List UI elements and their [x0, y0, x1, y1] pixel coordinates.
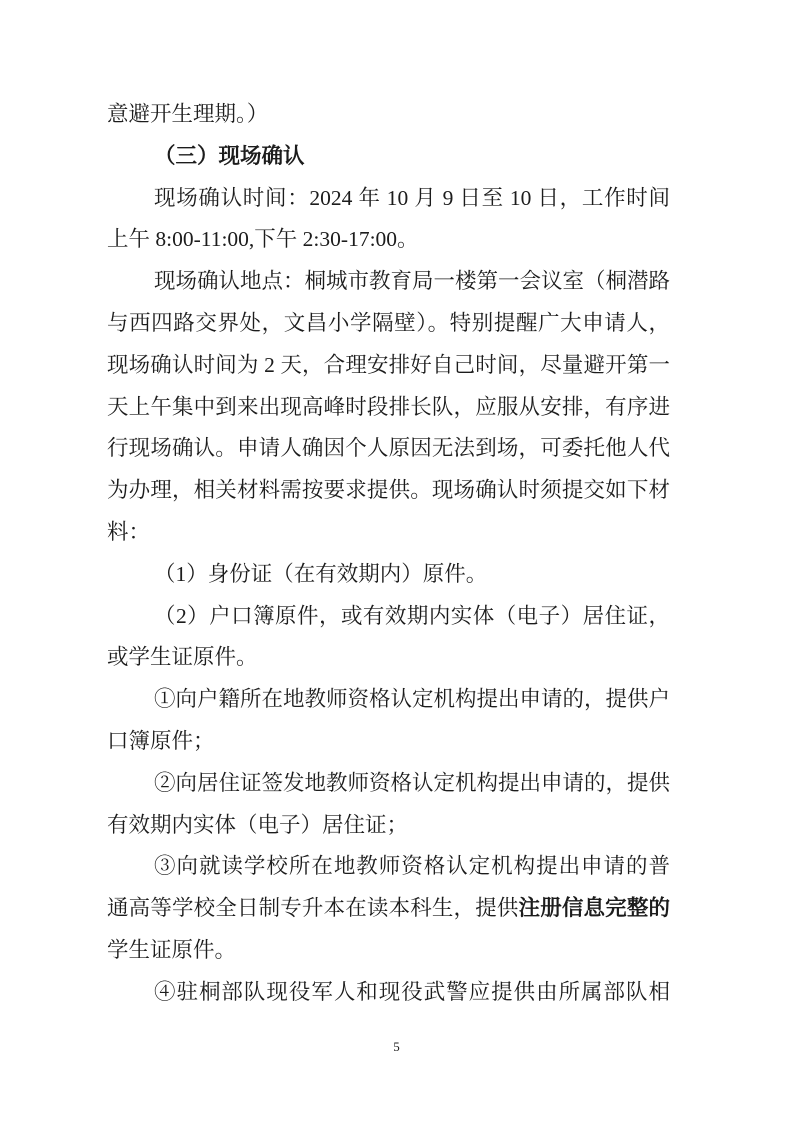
page-number: 5: [0, 1039, 793, 1055]
body-line: 上午 8:00-11:00,下午 2:30-17:00。: [107, 219, 670, 261]
sublist-item-3: ③向就读学校所在地教师资格认定机构提出申请的普: [107, 846, 670, 888]
body-line: 口簿原件；: [107, 721, 670, 763]
body-line: 通高等学校全日制专升本在读本科生，提供注册信息完整的: [107, 888, 670, 930]
body-line: 料：: [107, 512, 670, 554]
body-line: 现场确认时间为 2 天，合理安排好自己时间，尽量避开第一: [107, 345, 670, 387]
body-line: 或学生证原件。: [107, 637, 670, 679]
body-line: 现场确认时间：2024 年 10 月 9 日至 10 日，工作时间为: [107, 178, 670, 220]
text-block: 意避开生理期。） （三）现场确认 现场确认时间：2024 年 10 月 9 日至…: [107, 94, 670, 1014]
body-line: 有效期内实体（电子）居住证；: [107, 805, 670, 847]
list-item-2: （2）户口簿原件，或有效期内实体（电子）居住证，: [107, 596, 670, 638]
body-line: 行现场确认。申请人确因个人原因无法到场，可委托他人代: [107, 428, 670, 470]
document-page: 意避开生理期。） （三）现场确认 现场确认时间：2024 年 10 月 9 日至…: [0, 0, 793, 1122]
body-line: 为办理，相关材料需按要求提供。现场确认时须提交如下材: [107, 470, 670, 512]
body-line: 与西四路交界处，文昌小学隔壁）。特别提醒广大申请人，: [107, 303, 670, 345]
list-item-1: （1）身份证（在有效期内）原件。: [107, 554, 670, 596]
section-heading: （三）现场确认: [107, 136, 670, 178]
body-line: 天上午集中到来出现高峰时段排长队，应服从安排，有序进: [107, 387, 670, 429]
body-line: 学生证原件。: [107, 930, 670, 972]
body-text-normal: 通高等学校全日制专升本在读本科生，提供: [107, 896, 519, 920]
body-line: 现场确认地点：桐城市教育局一楼第一会议室（桐潜路: [107, 261, 670, 303]
body-line: 意避开生理期。）: [107, 94, 670, 136]
body-text-bold: 注册信息完整的: [519, 896, 670, 920]
sublist-item-2: ②向居住证签发地教师资格认定机构提出申请的，提供: [107, 763, 670, 805]
sublist-item-1: ①向户籍所在地教师资格认定机构提出申请的，提供户: [107, 679, 670, 721]
sublist-item-4: ④驻桐部队现役军人和现役武警应提供由所属部队相: [107, 972, 670, 1014]
